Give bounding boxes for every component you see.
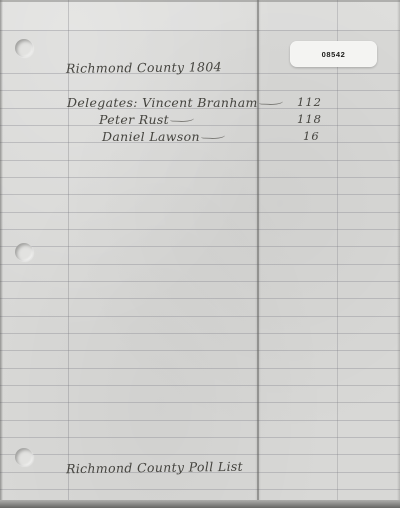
top-margin-band — [0, 0, 400, 30]
pen-swash — [201, 132, 225, 140]
rule-line — [0, 402, 400, 403]
rule-line — [0, 229, 400, 230]
rule-line — [0, 454, 400, 455]
page-left-edge — [0, 0, 3, 508]
rule-line — [0, 316, 400, 317]
rule-line — [0, 333, 400, 334]
rule-line — [0, 385, 400, 386]
rule-line — [0, 125, 400, 126]
rule-line — [0, 246, 400, 247]
delegate-name: Vincent Branham — [142, 95, 258, 110]
rule-line — [0, 281, 400, 282]
pen-swash — [259, 98, 283, 106]
delegate-name: Daniel Lawson — [102, 129, 200, 144]
delegate-row: Delegates: Vincent Branham — [67, 95, 283, 110]
rule-line — [0, 177, 400, 178]
hole-punch-middle — [15, 243, 33, 261]
delegate-row: Peter Rust — [99, 112, 194, 127]
rule-line — [0, 90, 400, 91]
vote-count: 118 — [297, 112, 322, 126]
rule-line — [0, 212, 400, 213]
catalog-number-label: 08542 — [290, 41, 377, 67]
page-title: Richmond County 1804 — [66, 59, 222, 76]
page-bottom-shadow — [0, 500, 400, 508]
vote-count: 16 — [303, 129, 320, 143]
delegates-label: Delegates: — [67, 95, 138, 110]
right-margin-line — [337, 0, 338, 508]
delegate-name: Peter Rust — [99, 112, 169, 127]
rule-line — [0, 298, 400, 299]
vote-count: 112 — [297, 95, 322, 109]
rule-line — [0, 264, 400, 265]
hole-punch-bottom — [15, 448, 33, 466]
center-crease-line — [257, 0, 259, 508]
delegate-row: Daniel Lawson — [102, 129, 225, 144]
rule-line — [0, 30, 400, 31]
scanned-page: 08542 Richmond County 1804 Delegates: Vi… — [0, 0, 400, 508]
rule-line — [0, 350, 400, 351]
paper-sheet: 08542 Richmond County 1804 Delegates: Vi… — [0, 0, 400, 508]
footer-caption: Richmond County Poll List — [66, 459, 243, 476]
rule-line — [0, 368, 400, 369]
catalog-number: 08542 — [322, 50, 346, 59]
page-top-edge — [0, 0, 400, 2]
rule-line — [0, 437, 400, 438]
hole-punch-top — [15, 39, 33, 57]
rule-line — [0, 489, 400, 490]
rule-line — [0, 194, 400, 195]
left-margin-line — [68, 0, 69, 508]
rule-line — [0, 160, 400, 161]
pen-swash — [170, 115, 194, 123]
rule-line — [0, 420, 400, 421]
